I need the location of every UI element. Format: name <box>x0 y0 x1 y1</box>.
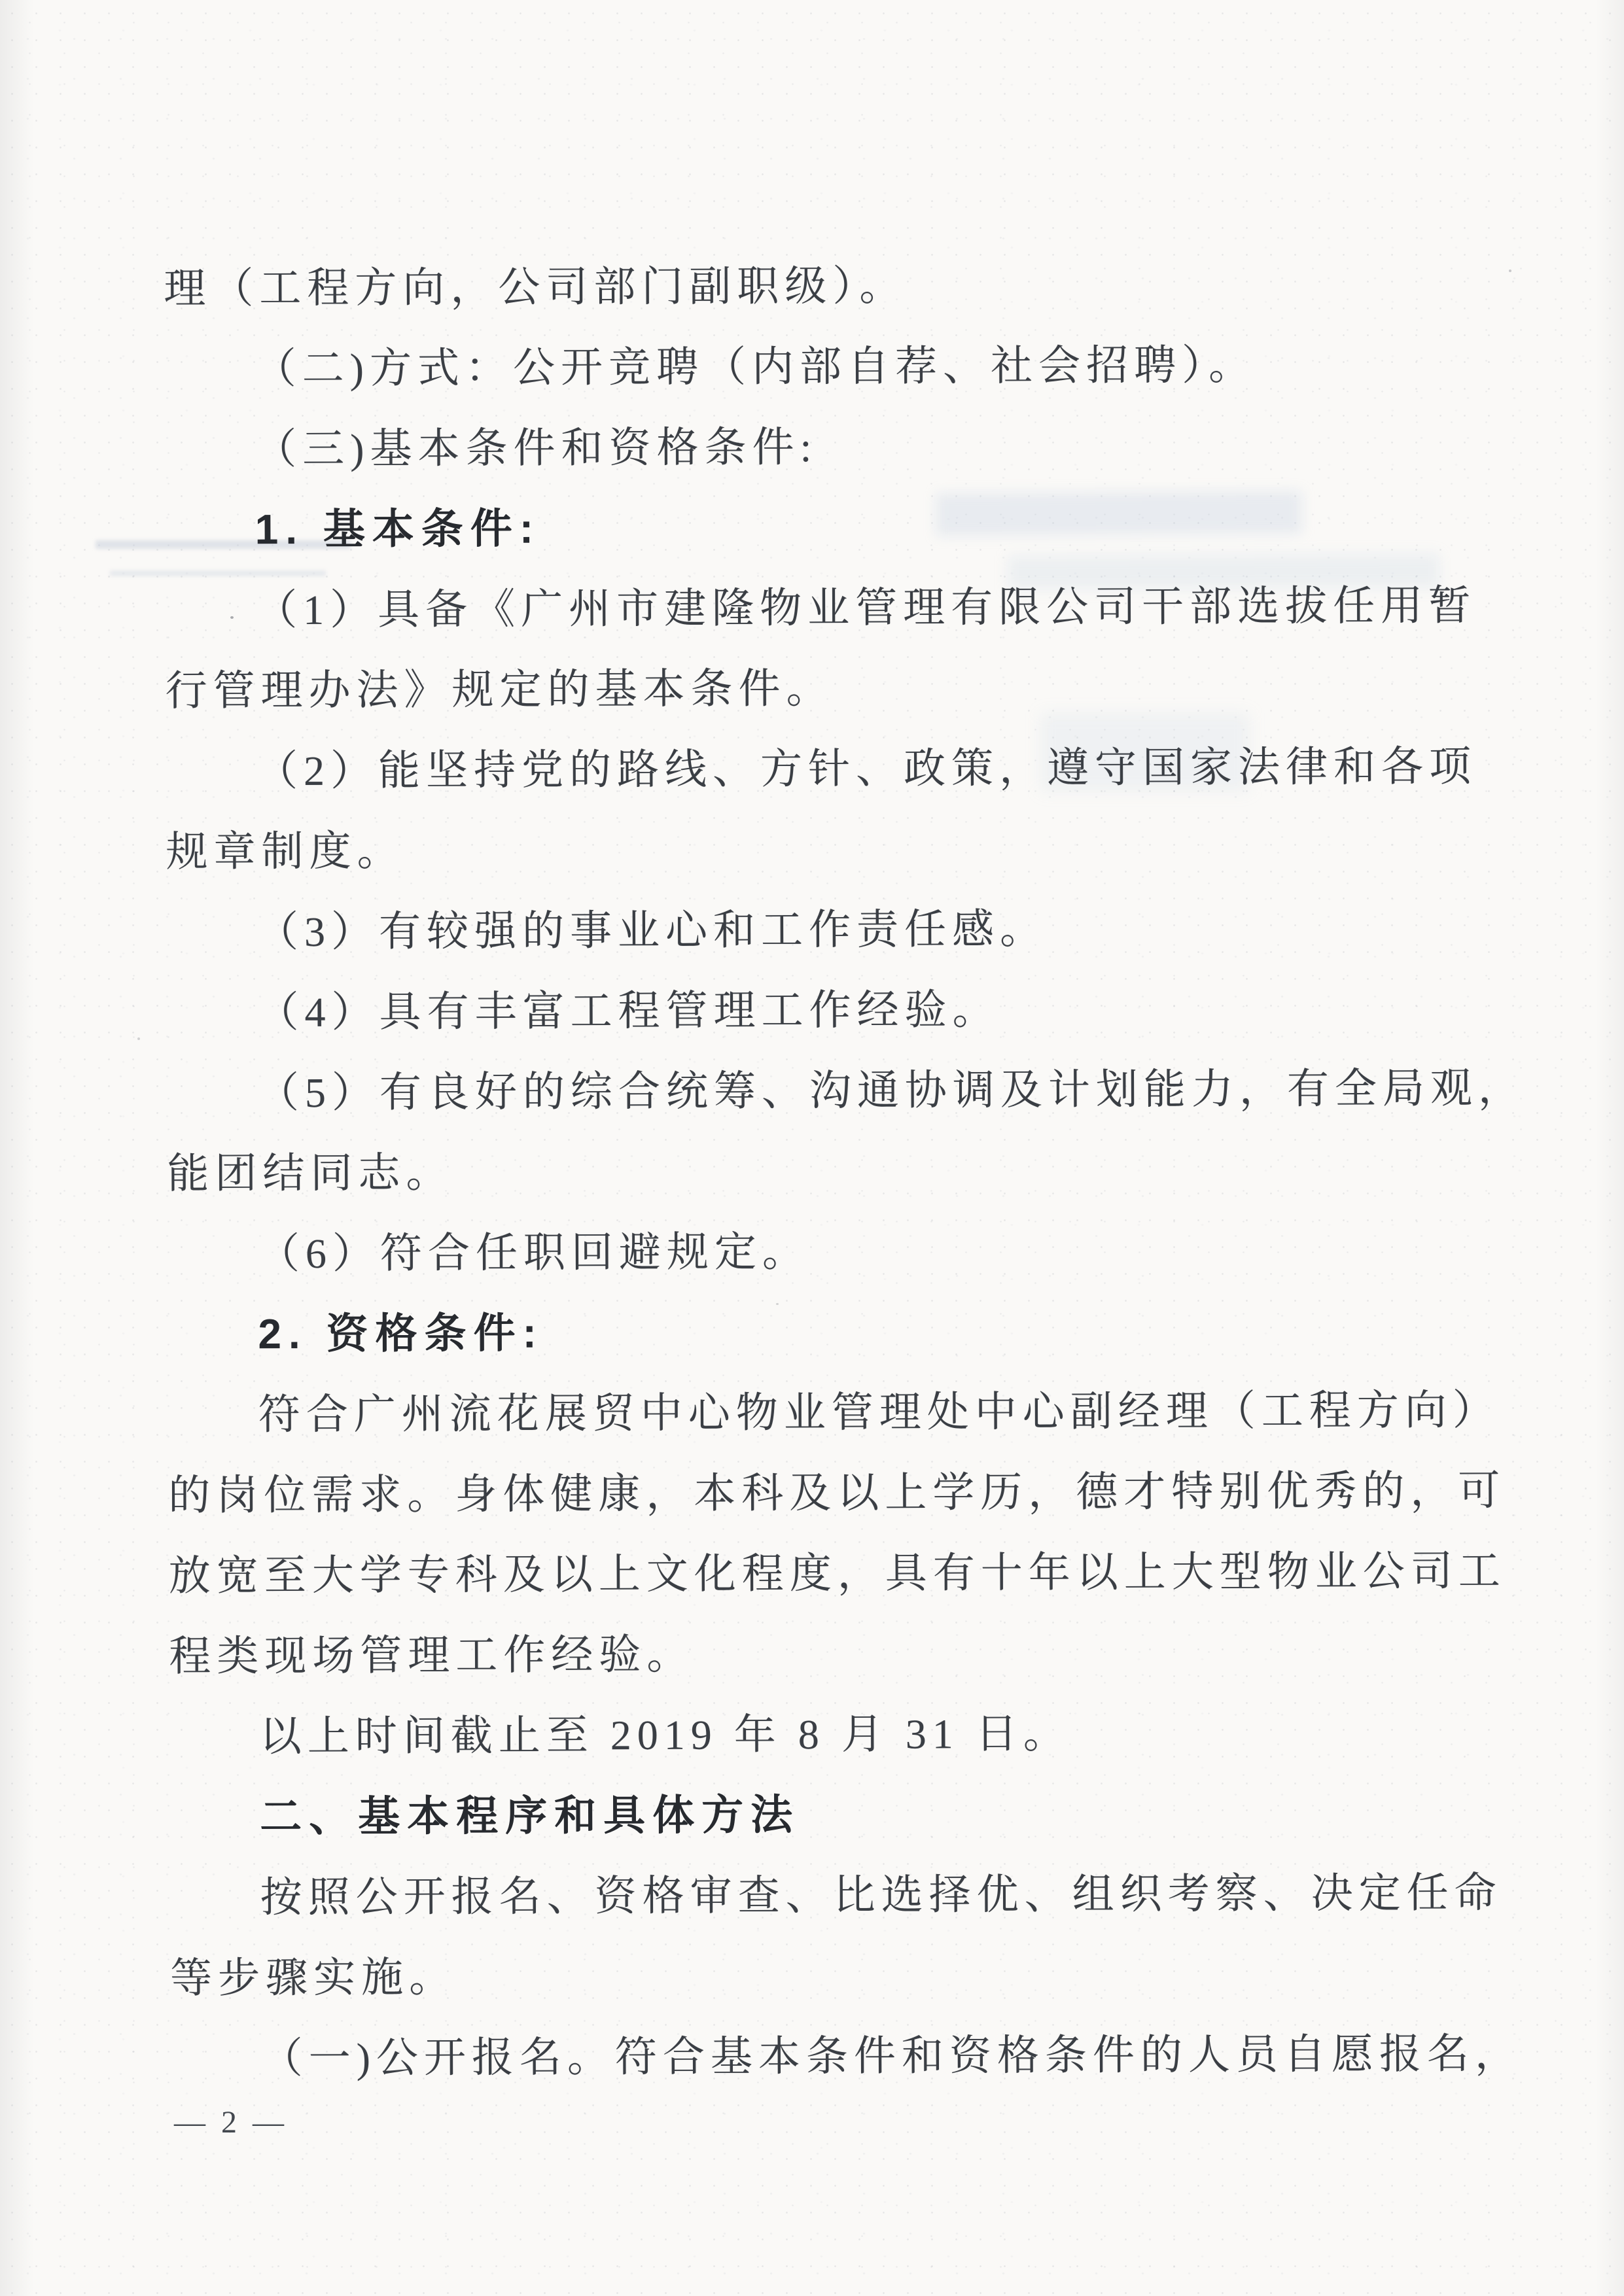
text-line: 程类现场管理工作经验。 <box>169 1611 1472 1697</box>
text-line: 规章制度。 <box>166 807 1469 892</box>
page-number: — 2 — <box>174 2093 288 2152</box>
text-line: 以上时间截止至 2019 年 8 月 31 日。 <box>169 1692 1473 1777</box>
section-heading: 2. 资格条件: <box>168 1289 1471 1375</box>
text-line: 按照公开报名、资格审查、比选择优、组织考察、决定任命 <box>169 1852 1473 1938</box>
text-line: （4）具有丰富工程管理工作经验。 <box>166 967 1470 1053</box>
text-line: 等步骤实施。 <box>170 1933 1474 2019</box>
scan-edge-shadow-right <box>1595 0 1624 2296</box>
text-line: （一)公开报名。符合基本条件和资格条件的人员自愿报名， <box>170 2013 1474 2099</box>
text-line: （三)基本条件和资格条件: <box>164 404 1468 490</box>
text-line: （2）能坚持党的路线、方针、政策，遵守国家法律和各项 <box>166 726 1469 812</box>
text-line: （5）有良好的综合统筹、沟通协调及计划能力，有全局观， <box>167 1048 1470 1134</box>
text-line: 符合广州流花展贸中心物业管理处中心副经理（工程方向） <box>168 1370 1472 1455</box>
text-line: （1）具备《广州市建隆物业管理有限公司干部选拔任用暂 <box>165 565 1468 651</box>
text-line: 理（工程方向，公司部门副职级）。 <box>164 243 1467 329</box>
scan-speck <box>1509 270 1511 272</box>
section-heading: 1. 基本条件: <box>164 485 1468 570</box>
text-line: 行管理办法》规定的基本条件。 <box>165 646 1468 731</box>
text-line: 放宽至大学专科及以上文化程度，具有十年以上大型物业公司工 <box>169 1531 1472 1616</box>
text-line: 的岗位需求。身体健康，本科及以上学历，德才特别优秀的，可 <box>168 1450 1472 1536</box>
text-line: （3）有较强的事业心和工作责任感。 <box>166 887 1470 973</box>
text-line: （二)方式：公开竞聘（内部自荐、社会招聘）。 <box>164 324 1467 409</box>
section-heading: 二、基本程序和具体方法 <box>169 1772 1473 1858</box>
text-line: 能团结同志。 <box>167 1128 1470 1214</box>
scan-speck <box>137 1037 140 1040</box>
scan-edge-shadow-left <box>0 0 34 2296</box>
document-body: 理（工程方向，公司部门副职级）。 （二)方式：公开竞聘（内部自荐、社会招聘）。 … <box>164 243 1474 2099</box>
scanned-document-page: 理（工程方向，公司部门副职级）。 （二)方式：公开竞聘（内部自荐、社会招聘）。 … <box>0 0 1624 2296</box>
text-line: （6）符合任职回避规定。 <box>168 1209 1471 1295</box>
